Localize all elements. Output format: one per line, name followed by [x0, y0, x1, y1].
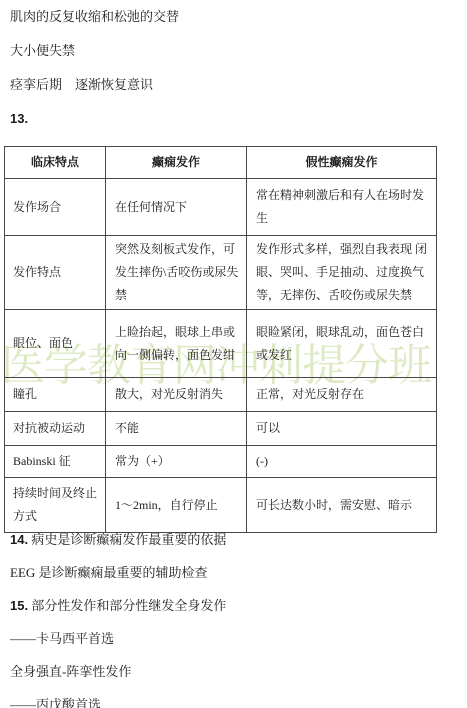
cell-epileptic: 突然及刻板式发作，可发生摔伤\舌咬伤或尿失禁 — [106, 236, 247, 310]
cell-pseudo: (-) — [247, 446, 437, 478]
section-13-number: 13. — [10, 112, 457, 126]
cell-epileptic: 常为（+） — [106, 446, 247, 478]
cell-pseudo: 可长达数小时，需安慰、暗示 — [247, 478, 437, 533]
table-row: 瞳孔 散大，对光反射消失 正常，对光反射存在 — [5, 378, 437, 412]
list-number-14: 14. — [10, 532, 28, 547]
cell-epileptic: 散大，对光反射消失 — [106, 378, 247, 412]
cell-pseudo: 眼睑紧闭，眼球乱动，面色苍白或发红 — [247, 310, 437, 378]
list-number-15: 15. — [10, 598, 28, 613]
table-row: 发作特点 突然及刻板式发作，可发生摔伤\舌咬伤或尿失禁 发作形式多样，强烈自我表… — [5, 236, 437, 310]
cell-epileptic: 1～2min，自行停止 — [106, 478, 247, 533]
eeg-note-line: EEG 是诊断癫痫最重要的辅助检查 — [10, 566, 457, 580]
section-14-text: 病史是诊断癫痫发作最重要的依据 — [31, 532, 226, 547]
section-15-heading: 15. 部分性发作和部分性继发全身发作 — [10, 599, 457, 613]
document-content: 肌肉的反复收缩和松弛的交替 大小便失禁 痉挛后期 逐渐恢复意识 13. 临床特点… — [0, 0, 467, 708]
section-15-text: 部分性发作和部分性继发全身发作 — [31, 598, 226, 613]
table-row: 发作场合 在任何情况下 常在精神刺激后和有人在场时发生 — [5, 179, 437, 236]
table-row: Babinski 征 常为（+） (-) — [5, 446, 437, 478]
list-number-13: 13. — [10, 111, 28, 126]
header-pseudo-seizure: 假性癫痫发作 — [247, 147, 437, 179]
seizure-comparison-table: 临床特点 癫痫发作 假性癫痫发作 发作场合 在任何情况下 常在精神刺激后和有人在… — [4, 146, 437, 533]
intro-line-incontinence: 大小便失禁 — [10, 44, 457, 58]
intro-line-muscle: 肌肉的反复收缩和松弛的交替 — [10, 10, 457, 24]
table-row: 对抗被动运动 不能 可以 — [5, 412, 437, 446]
cell-feature: 发作场合 — [5, 179, 106, 236]
cell-feature: 眼位、面色 — [5, 310, 106, 378]
cell-epileptic: 不能 — [106, 412, 247, 446]
cell-epileptic: 在任何情况下 — [106, 179, 247, 236]
section-14-heading: 14. 病史是诊断癫痫发作最重要的依据 — [10, 533, 457, 547]
intro-line-postictal: 痉挛后期 逐渐恢复意识 — [10, 78, 457, 92]
note-valproate: ——丙戊酸首选 — [10, 698, 457, 708]
cell-feature: 瞳孔 — [5, 378, 106, 412]
note-tonic-clonic: 全身强直-阵挛性发作 — [10, 665, 457, 679]
cell-feature: 对抗被动运动 — [5, 412, 106, 446]
table-row: 持续时间及终止方式 1～2min，自行停止 可长达数小时，需安慰、暗示 — [5, 478, 437, 533]
cell-feature: Babinski 征 — [5, 446, 106, 478]
cell-feature: 发作特点 — [5, 236, 106, 310]
header-clinical-feature: 临床特点 — [5, 147, 106, 179]
cell-pseudo: 发作形式多样，强烈自我表现 闭眼、哭叫、手足抽动、过度换气等，无摔伤、舌咬伤或尿… — [247, 236, 437, 310]
cell-pseudo: 正常，对光反射存在 — [247, 378, 437, 412]
document-page: 医学教育网冲刺提分班 肌肉的反复收缩和松弛的交替 大小便失禁 痉挛后期 逐渐恢复… — [0, 0, 467, 708]
cell-feature: 持续时间及终止方式 — [5, 478, 106, 533]
header-epileptic-seizure: 癫痫发作 — [106, 147, 247, 179]
cell-pseudo: 可以 — [247, 412, 437, 446]
cell-pseudo: 常在精神刺激后和有人在场时发生 — [247, 179, 437, 236]
table-header-row: 临床特点 癫痫发作 假性癫痫发作 — [5, 147, 437, 179]
note-carbamazepine: ——卡马西平首选 — [10, 632, 457, 646]
cell-epileptic: 上睑抬起，眼球上串或向一侧偏转，面色发绀 — [106, 310, 247, 378]
table-row: 眼位、面色 上睑抬起，眼球上串或向一侧偏转，面色发绀 眼睑紧闭，眼球乱动，面色苍… — [5, 310, 437, 378]
